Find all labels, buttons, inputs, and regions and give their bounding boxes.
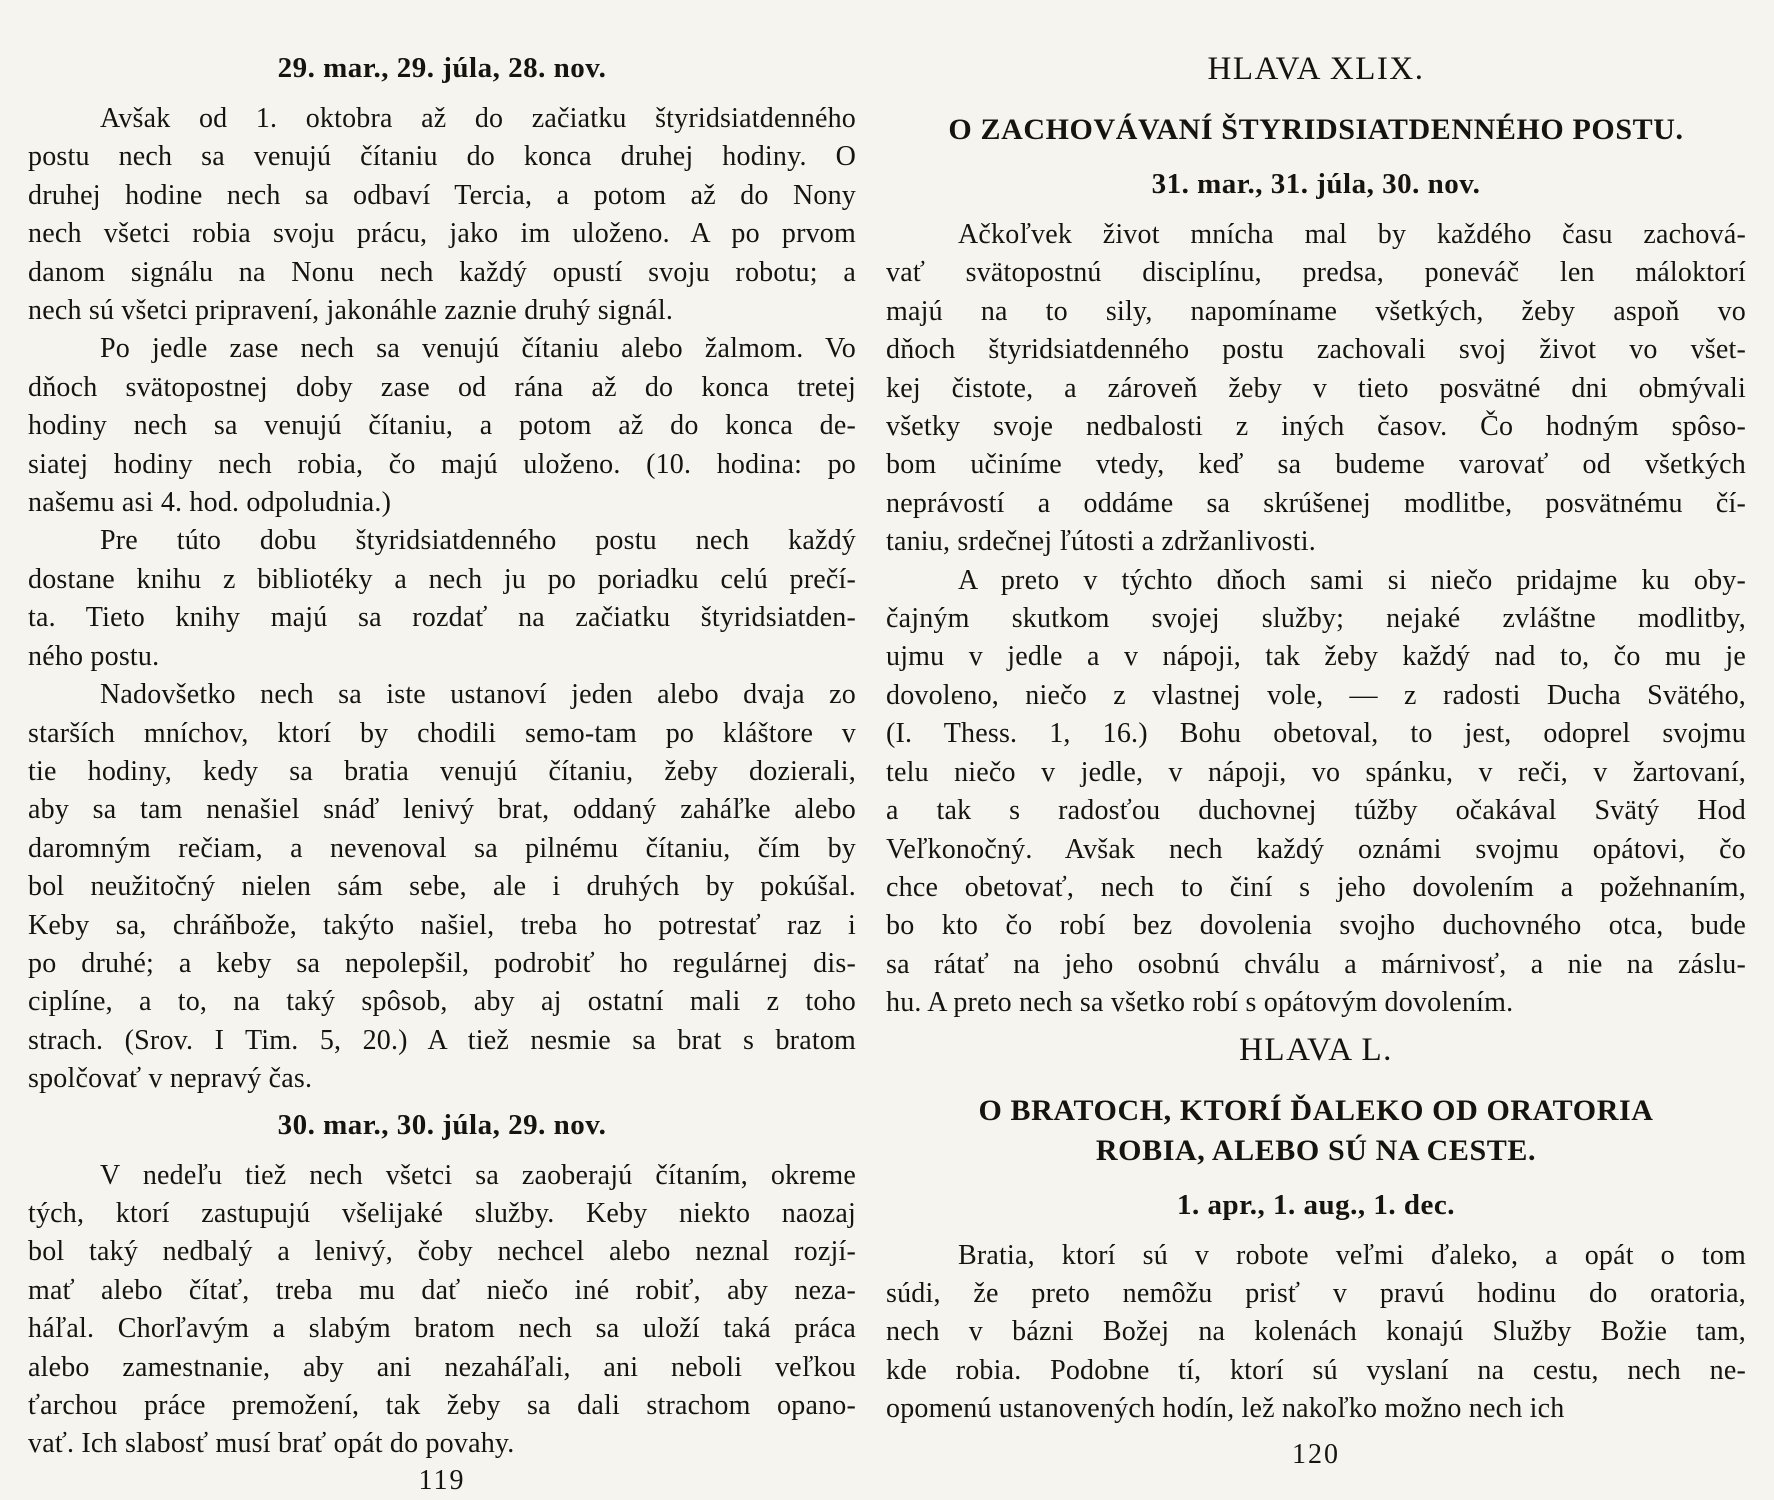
body-line: chce obetovať, nech to činí s jeho dovol… bbox=[886, 869, 1746, 907]
date-heading: 30. mar., 30. júla, 29. nov. bbox=[28, 1105, 856, 1145]
body-line: Bratia, ktorí sú v robote veľmi ďaleko, … bbox=[886, 1237, 1746, 1275]
body-line: druhej hodine nech sa odbaví Tercia, a p… bbox=[28, 177, 856, 215]
body-line: vať. Ich slabosť musí brať opát do povah… bbox=[28, 1425, 856, 1463]
body-line: dňoch svätopostnej doby zase od rána až … bbox=[28, 369, 856, 407]
chapter-title-line: O ZACHOVÁVANÍ ŠTYRIDSIATDENNÉHO POSTU. bbox=[886, 110, 1746, 150]
body-line: Nadovšetko nech sa iste ustanoví jeden a… bbox=[28, 676, 856, 714]
body-line: ciplíne, a to, na taký spôsob, aby aj os… bbox=[28, 983, 856, 1021]
body-line: bol taký nedbalý a lenivý, čoby nechcel … bbox=[28, 1233, 856, 1271]
date-heading: 1. apr., 1. aug., 1. dec. bbox=[886, 1185, 1746, 1225]
body-line: bom učiníme vtedy, keď sa budeme varovať… bbox=[886, 446, 1746, 484]
body-line: alebo zamestnanie, aby ani nezaháľali, a… bbox=[28, 1349, 856, 1387]
body-line: háľal. Chorľavým a slabým bratom nech sa… bbox=[28, 1310, 856, 1348]
body-line: siatej hodiny nech robia, čo majú uložen… bbox=[28, 446, 856, 484]
paragraph: Po jedle zase nech sa venujú čítaniu ale… bbox=[28, 330, 856, 522]
body-line: ťarchou práce premožení, tak žeby sa dal… bbox=[28, 1387, 856, 1425]
body-line: nech v bázni Božej na kolenách konajú Sl… bbox=[886, 1313, 1746, 1351]
body-line: hodiny nech sa venujú čítaniu, a potom a… bbox=[28, 407, 856, 445]
page-right: HLAVA XLIX.O ZACHOVÁVANÍ ŠTYRIDSIATDENNÉ… bbox=[886, 42, 1746, 1478]
body-line: Veľkonočný. Avšak nech každý oznámi svoj… bbox=[886, 831, 1746, 869]
body-line: spolčovať v nepravý čas. bbox=[28, 1060, 856, 1098]
body-line: Ačkoľvek život mnícha mal by každého čas… bbox=[886, 216, 1746, 254]
paragraph: Nadovšetko nech sa iste ustanoví jeden a… bbox=[28, 676, 856, 1098]
page-number-right: 120 bbox=[886, 1438, 1746, 1478]
body-line: A preto v týchto dňoch sami si niečo pri… bbox=[886, 562, 1746, 600]
body-line: čajným skutkom svojej služby; nejaké zvl… bbox=[886, 600, 1746, 638]
body-line: taniu, srdečnej ľútosti a zdržanlivosti. bbox=[886, 523, 1746, 561]
body-line: hu. A preto nech sa všetko robí s opátov… bbox=[886, 984, 1746, 1022]
body-line: ta. Tieto knihy majú sa rozdať na začiat… bbox=[28, 599, 856, 637]
body-line: V nedeľu tiež nech všetci sa zaoberajú č… bbox=[28, 1157, 856, 1195]
body-line: ujmu v jedle a v nápoji, tak žeby každý … bbox=[886, 638, 1746, 676]
body-line: (I. Thess. 1, 16.) Bohu obetoval, to jes… bbox=[886, 715, 1746, 753]
body-line: po druhé; a keby sa nepolepšil, podrobiť… bbox=[28, 945, 856, 983]
body-line: dňoch štyridsiatdenného postu zachovali … bbox=[886, 331, 1746, 369]
paragraph: Ačkoľvek život mnícha mal by každého čas… bbox=[886, 216, 1746, 562]
body-line: a tak s radosťou duchovnej túžby očakáva… bbox=[886, 792, 1746, 830]
date-heading: 29. mar., 29. júla, 28. nov. bbox=[28, 48, 856, 88]
body-line: nech všetci robia svoju prácu, jako im u… bbox=[28, 215, 856, 253]
body-line: dovoleno, niečo z vlastnej vole, — z rad… bbox=[886, 677, 1746, 715]
chapter-heading: HLAVA XLIX. bbox=[886, 48, 1746, 90]
chapter-title: O ZACHOVÁVANÍ ŠTYRIDSIATDENNÉHO POSTU. bbox=[886, 110, 1746, 150]
body-line: kde robia. Podobne tí, ktorí sú vyslaní … bbox=[886, 1352, 1746, 1390]
body-line: majú na to sily, napomíname všetkých, že… bbox=[886, 293, 1746, 331]
page-left: 29. mar., 29. júla, 28. nov.Avšak od 1. … bbox=[28, 42, 856, 1478]
body-line: mať alebo čítať, treba mu dať niečo iné … bbox=[28, 1272, 856, 1310]
body-line: nech sú všetci pripravení, jakonáhle zaz… bbox=[28, 292, 856, 330]
body-line: sa rátať na jeho osobnú chválu a márnivo… bbox=[886, 946, 1746, 984]
body-line: opomenú ustanovených hodín, lež nakoľko … bbox=[886, 1390, 1746, 1428]
body-line: súdi, že preto nemôžu prisť v pravú hodi… bbox=[886, 1275, 1746, 1313]
paragraph: A preto v týchto dňoch sami si niečo pri… bbox=[886, 562, 1746, 1023]
body-line: Po jedle zase nech sa venujú čítaniu ale… bbox=[28, 330, 856, 368]
page-number-left: 119 bbox=[28, 1464, 856, 1500]
body-line: danom signálu na Nonu nech každý opustí … bbox=[28, 254, 856, 292]
body-line: našemu asi 4. hod. odpoludnia.) bbox=[28, 484, 856, 522]
body-line: telu niečo v jedle, v nápoji, vo spánku,… bbox=[886, 754, 1746, 792]
page-left-body: 29. mar., 29. júla, 28. nov.Avšak od 1. … bbox=[28, 42, 856, 1464]
body-line: kej čistote, a zároveň žeby v tieto posv… bbox=[886, 370, 1746, 408]
paragraph: Avšak od 1. oktobra až do začiatku štyri… bbox=[28, 100, 856, 330]
chapter-heading: HLAVA L. bbox=[886, 1029, 1746, 1071]
date-heading: 31. mar., 31. júla, 30. nov. bbox=[886, 164, 1746, 204]
body-line: Pre túto dobu štyridsiatdenného postu ne… bbox=[28, 522, 856, 560]
book-spread: 29. mar., 29. júla, 28. nov.Avšak od 1. … bbox=[0, 0, 1774, 1500]
body-line: bo kto čo robí bez dovolenia svojho duch… bbox=[886, 907, 1746, 945]
page-right-body: HLAVA XLIX.O ZACHOVÁVANÍ ŠTYRIDSIATDENNÉ… bbox=[886, 42, 1746, 1429]
chapter-title-line: O BRATOCH, KTORÍ ĎALEKO OD ORATORIA bbox=[886, 1091, 1746, 1131]
body-line: všetky svoje nedbalosti z iných časov. Č… bbox=[886, 408, 1746, 446]
body-line: ného postu. bbox=[28, 638, 856, 676]
paragraph: Pre túto dobu štyridsiatdenného postu ne… bbox=[28, 522, 856, 676]
paragraph: V nedeľu tiež nech všetci sa zaoberajú č… bbox=[28, 1157, 856, 1464]
body-line: daromným rečiam, a nevenoval sa pilnému … bbox=[28, 830, 856, 868]
body-line: aby sa tam nenašiel snáď lenivý brat, od… bbox=[28, 791, 856, 829]
chapter-title-line: ROBIA, ALEBO SÚ NA CESTE. bbox=[886, 1131, 1746, 1171]
paragraph: Bratia, ktorí sú v robote veľmi ďaleko, … bbox=[886, 1237, 1746, 1429]
body-line: bol neužitočný nielen sám sebe, ale i dr… bbox=[28, 868, 856, 906]
body-line: tie hodiny, kedy sa bratia venujú čítani… bbox=[28, 753, 856, 791]
chapter-title: O BRATOCH, KTORÍ ĎALEKO OD ORATORIAROBIA… bbox=[886, 1091, 1746, 1171]
body-line: vať svätopostnú disciplínu, predsa, pone… bbox=[886, 254, 1746, 292]
body-line: Keby sa, chráňbože, takýto našiel, treba… bbox=[28, 907, 856, 945]
body-line: dostane knihu z bibliotéky a nech ju po … bbox=[28, 561, 856, 599]
body-line: Avšak od 1. oktobra až do začiatku štyri… bbox=[28, 100, 856, 138]
body-line: strach. (Srov. I Tim. 5, 20.) A tiež nes… bbox=[28, 1022, 856, 1060]
body-line: neprávostí a oddáme sa skrúšenej modlitb… bbox=[886, 485, 1746, 523]
body-line: starších mníchov, ktorí by chodili semo-… bbox=[28, 715, 856, 753]
body-line: tých, ktorí zastupujú všelijaké služby. … bbox=[28, 1195, 856, 1233]
body-line: postu nech sa venujú čítaniu do konca dr… bbox=[28, 138, 856, 176]
